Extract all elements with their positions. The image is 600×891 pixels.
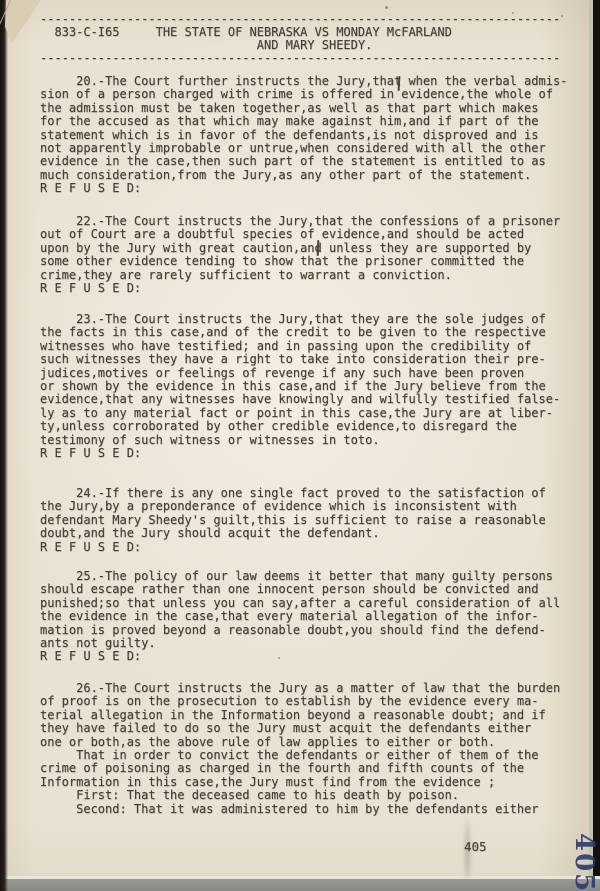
scan-edge-right — [593, 0, 600, 891]
case-title-line2: AND MARY SHEEDY. — [40, 38, 372, 52]
page-number: 405 — [464, 839, 487, 854]
case-number-and-title: 833-C-I65 THE STATE OF NEBRASKA VS MONDA… — [40, 25, 452, 39]
scan-edge-bottom — [0, 879, 600, 891]
document-header: ----------------------------------------… — [40, 13, 560, 65]
paragraph-instruction-23: 23.-The Court instructs the Jury,that th… — [40, 313, 560, 460]
paper-speck — [385, 6, 388, 9]
paper-speck — [561, 15, 563, 17]
page-number-stamp: 405 — [569, 833, 599, 891]
paragraph-instruction-22: 22.-The Court instructs the Jury,that th… — [40, 215, 560, 295]
paragraph-instruction-20: 20.-The Court further instructs the Jury… — [40, 75, 567, 196]
paragraph-instruction-25: 25.-The policy of our law deems it bette… — [40, 570, 560, 664]
scan-edge-left — [0, 0, 8, 891]
header-divider-bottom: ----------------------------------------… — [40, 51, 560, 65]
paragraph-instruction-26: 26.-The Court instructs the Jury as a ma… — [40, 682, 560, 816]
header-divider-top: ----------------------------------------… — [40, 12, 560, 26]
paragraph-instruction-24: 24.-If there is any one single fact prov… — [40, 487, 546, 554]
scanned-document-page: ----------------------------------------… — [0, 0, 600, 891]
